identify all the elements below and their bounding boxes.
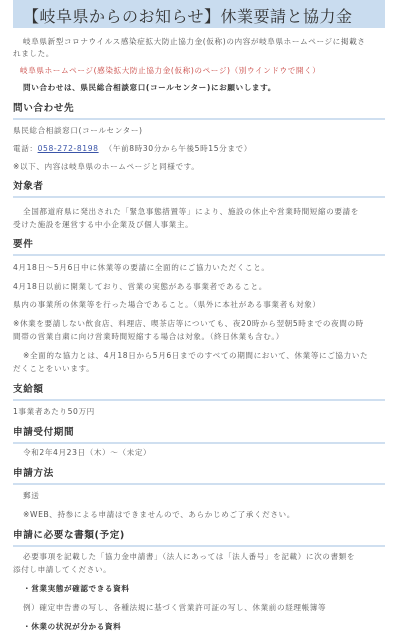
- contact-note: ※以下、内容は岐阜県のホームページと同様です。: [13, 160, 199, 173]
- section-heading-target: 対象者: [13, 178, 385, 198]
- requirement-item: 県内の事業所の休業等を行った場合であること。（県外に本社がある事業者も対象）: [13, 298, 321, 311]
- phone-label: 電話：: [13, 144, 38, 153]
- section-heading-requirements: 要件: [13, 236, 385, 256]
- prefecture-homepage-link[interactable]: 岐阜県ホームページ(感染拡大防止協力金(仮称)のページ)（別ウインドウで開く）: [20, 64, 321, 77]
- intro-line-1: 岐阜県新型コロナウイルス感染症拡大防止協力金(仮称)の内容が岐阜県ホームページに…: [23, 35, 365, 48]
- requirement-item: 4月18日以前に開業しており、営業の実態がある事業者であること。: [13, 280, 267, 293]
- title-bar: 【岐阜県からのお知らせ】休業要請と協力金: [13, 0, 385, 28]
- amount-value: 1事業者あたり50万円: [13, 405, 95, 418]
- section-heading-method: 申請方法: [13, 465, 385, 485]
- period-value: 令和2年4月23日（木）～（未定）: [23, 446, 151, 459]
- requirement-note-1-line-2: 間帯の営業自粛に向け営業時間短縮する場合は対象。（終日休業も含む。）: [13, 330, 284, 343]
- documents-item-1: ・営業実態が確認できる資料: [23, 582, 130, 595]
- method-note: ※WEB、持参による申請はできませんので、あらかじめご了承ください。: [23, 508, 295, 521]
- target-line-1: 全国都道府県に発出された「緊急事態措置等」により、施設の休止や営業時間短縮の要請…: [23, 205, 359, 218]
- phone-hours: （午前8時30分から午後5時15分まで）: [105, 144, 252, 153]
- section-heading-contact: 問い合わせ先: [13, 100, 385, 120]
- documents-item-1-example: 例）確定申告書の写し、各種法規に基づく営業許可証の写し、休業前の経理帳簿等: [23, 601, 326, 614]
- section-heading-amount: 支給額: [13, 381, 385, 401]
- documents-line-2: 添付し申請してください。: [13, 563, 111, 576]
- target-line-2: 受けた施設を運営する中小企業及び個人事業主。: [13, 218, 193, 231]
- contact-phone-line: 電話：058-272-8198 （午前8時30分から午後5時15分まで）: [13, 142, 252, 155]
- intro-line-2: れました。: [13, 47, 54, 60]
- method-value: 郵送: [23, 489, 39, 502]
- intro-contact-note: 問い合わせは、県民総合相談窓口(コールセンター)にお願いします。: [23, 81, 276, 94]
- requirement-note-2-line-1: ※全面的な協力とは、4月18日から5月6日までのすべての期間において、休業等にご…: [23, 349, 368, 362]
- documents-item-2: ・休業の状況が分かる資料: [23, 620, 121, 633]
- phone-link[interactable]: 058-272-8198: [38, 144, 99, 153]
- requirement-note-2-line-2: だくことをいいます。: [13, 362, 94, 375]
- section-heading-documents: 申請に必要な書類(予定): [13, 527, 385, 547]
- documents-line-1: 必要事項を記載した「協力金申請書」（法人にあっては「法人番号」を記載）に次の書類…: [23, 550, 355, 563]
- contact-name: 県民総合相談窓口(コールセンター): [13, 124, 143, 137]
- requirement-item: 4月18日～5月6日中に休業等の要請に全面的にご協力いただくこと。: [13, 261, 270, 274]
- page-title: 【岐阜県からのお知らせ】休業要請と協力金: [23, 4, 353, 27]
- requirement-note-1-line-1: ※休業を要請しない飲食店、料理店、喫茶店等についても、夜20時から翌朝5時までの…: [13, 317, 364, 330]
- section-heading-period: 申請受付期間: [13, 424, 385, 444]
